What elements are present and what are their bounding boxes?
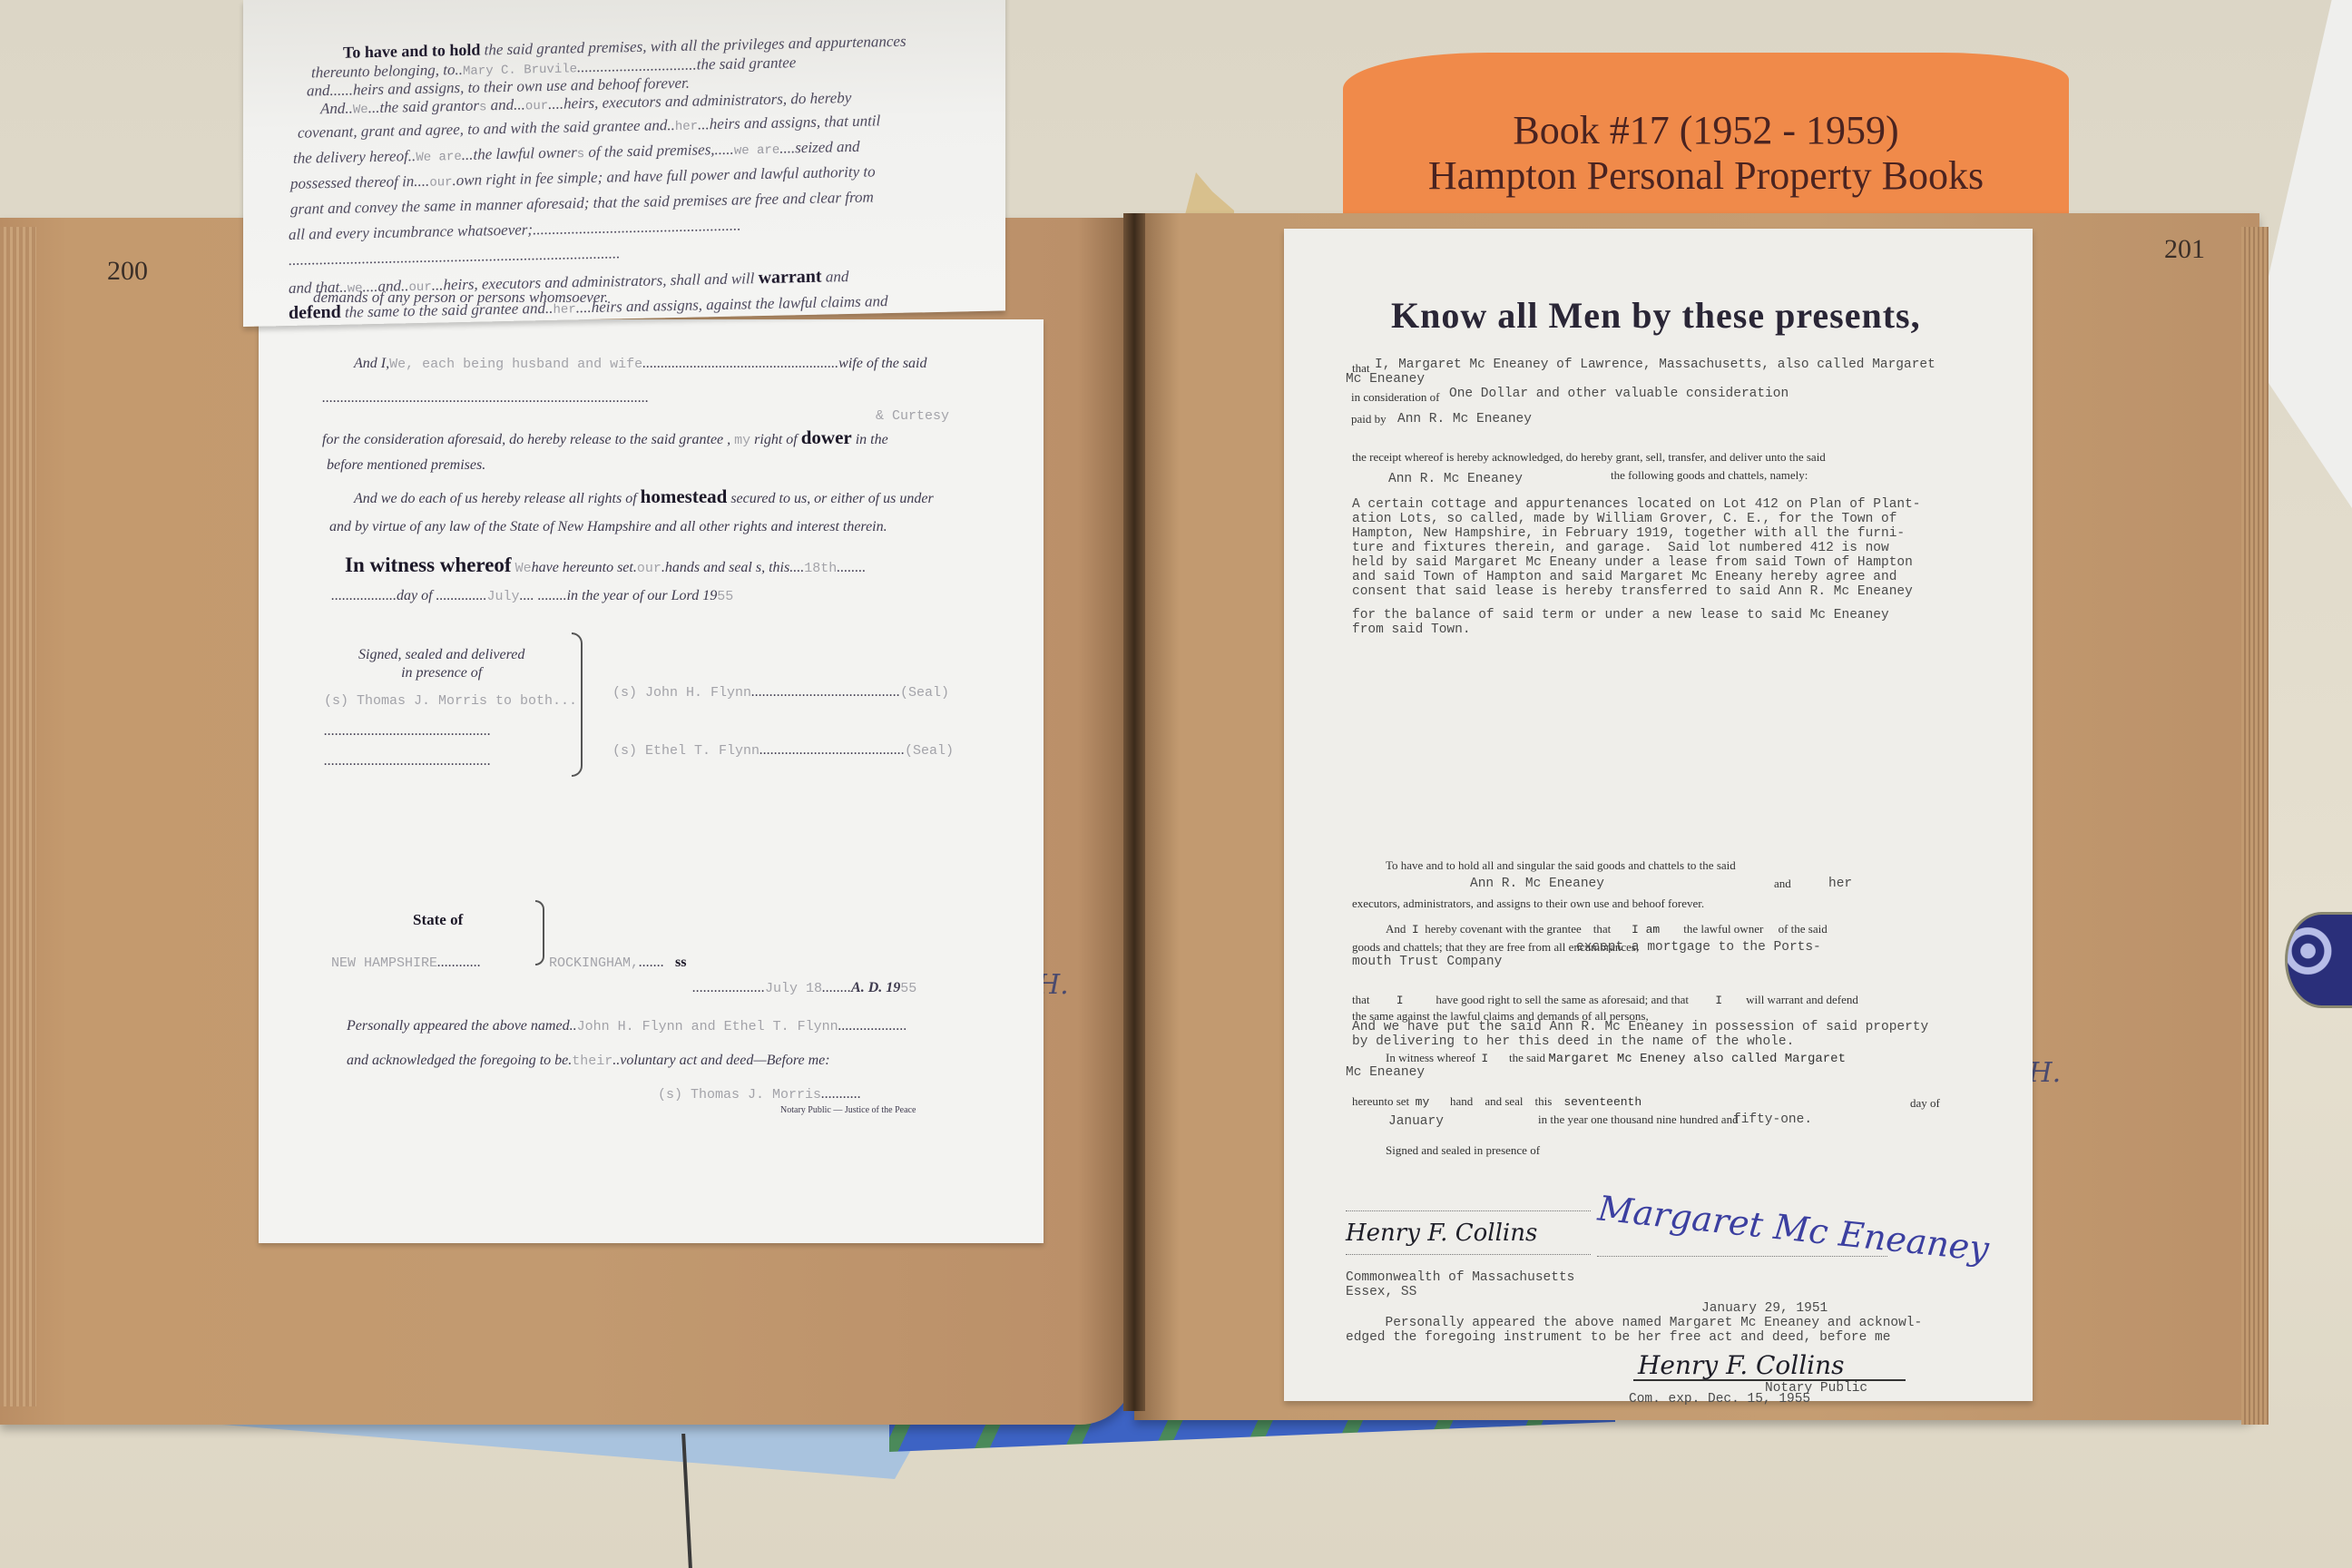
officer-title: Notary Public — Justice of the Peace (780, 1105, 916, 1115)
signer-2: (s) Ethel T. Flynn......................… (612, 742, 954, 759)
covenant-line: And I hereby covenant with the grantee t… (1386, 922, 1828, 936)
brace (572, 632, 583, 777)
virtue-line: and by virtue of any law of the State of… (329, 519, 887, 535)
book-label: Book #17 (1952 - 1959) Hampton Personal … (1343, 53, 2069, 220)
document-title: Know all Men by these presents, (1391, 294, 1921, 337)
folded-deed-page: To have and to hold the said granted pre… (243, 0, 1005, 327)
deed-form-left: And I,We, each being husband and wife...… (259, 319, 1044, 1243)
dower-line: for the consideration aforesaid, do here… (322, 426, 888, 449)
officer-signature: (s) Thomas J. Morris........... (658, 1086, 861, 1102)
decorative-knob (2285, 912, 2352, 1008)
ack-date: January 29, 1951 (1701, 1301, 1828, 1316)
ack-date-line: ....................July 18........A. D.… (692, 980, 916, 996)
homestead-line: And we do each of us hereby release all … (354, 485, 934, 508)
page-number-left: 200 (107, 256, 148, 287)
state-of-label: State of (413, 911, 463, 929)
date-line: ..................day of ..............J… (331, 588, 733, 604)
bill-of-sale-document: Know all Men by these presents, that I, … (1284, 229, 2033, 1401)
premises-line: before mentioned premises. (327, 457, 485, 474)
book-label-title: Book #17 (1952 - 1959) (1343, 109, 2069, 152)
book-gutter (1123, 213, 1145, 1411)
lease-balance: for the balance of said term or under a … (1352, 608, 1889, 637)
grantor-text: I, Margaret Mc Eneaney of Lawrence, Mass… (1375, 358, 1935, 372)
witness-clause: In witness whereof I the said Margaret M… (1386, 1051, 1846, 1066)
appeared-line: Personally appeared the above named..Joh… (347, 1018, 907, 1034)
signer-1: (s) John H. Flynn.......................… (612, 684, 949, 701)
witness-line: In witness whereof Wehave hereunto set.o… (345, 554, 866, 577)
release-line: And I,We, each being husband and wife...… (354, 356, 926, 372)
signed-label: Signed, sealed and delivered in presence… (358, 646, 524, 682)
witness-signature: (s) Thomas J. Morris to both... (324, 693, 577, 709)
acknowledged-line: and acknowledged the foregoing to be.the… (347, 1053, 830, 1069)
page-number-right: 201 (2164, 234, 2205, 265)
witness-signature: Henry F. Collins (1346, 1220, 1537, 1247)
paid-by-value: Ann R. Mc Eneaney (1397, 412, 1532, 426)
acknowledgment: Personally appeared the above named Marg… (1346, 1316, 1922, 1345)
curtesy-note: & Curtesy (876, 408, 949, 424)
county-line: ROCKINGHAM,....... ss (549, 955, 686, 971)
possession-text: And we have put the said Ann R. Mc Enean… (1352, 1020, 1928, 1049)
page-edges-right (2241, 227, 2269, 1425)
commission-expiry: Com. exp. Dec. 15, 1955 (1629, 1392, 1810, 1406)
notary-signature: Henry F. Collins (1638, 1350, 1845, 1380)
property-description: A certain cottage and appurtenances loca… (1352, 497, 1921, 599)
grantor-signature: Margaret Mc Eneaney (1596, 1189, 1991, 1269)
commonwealth: Commonwealth of Massachusetts (1346, 1270, 1574, 1285)
consideration-value: One Dollar and other valuable considerat… (1449, 387, 1788, 401)
page-edges-left (0, 227, 36, 1406)
right-to-sell-line: that I have good right to sell the same … (1352, 993, 1858, 1007)
state-line: NEW HAMPSHIRE............ (331, 955, 481, 971)
seal-line: hereunto set my hand and seal this seven… (1352, 1094, 1641, 1109)
grantee-name: Ann R. Mc Eneaney (1388, 472, 1523, 486)
book-label-subtitle: Hampton Personal Property Books (1343, 152, 2069, 200)
county: Essex, SS (1346, 1285, 1416, 1299)
